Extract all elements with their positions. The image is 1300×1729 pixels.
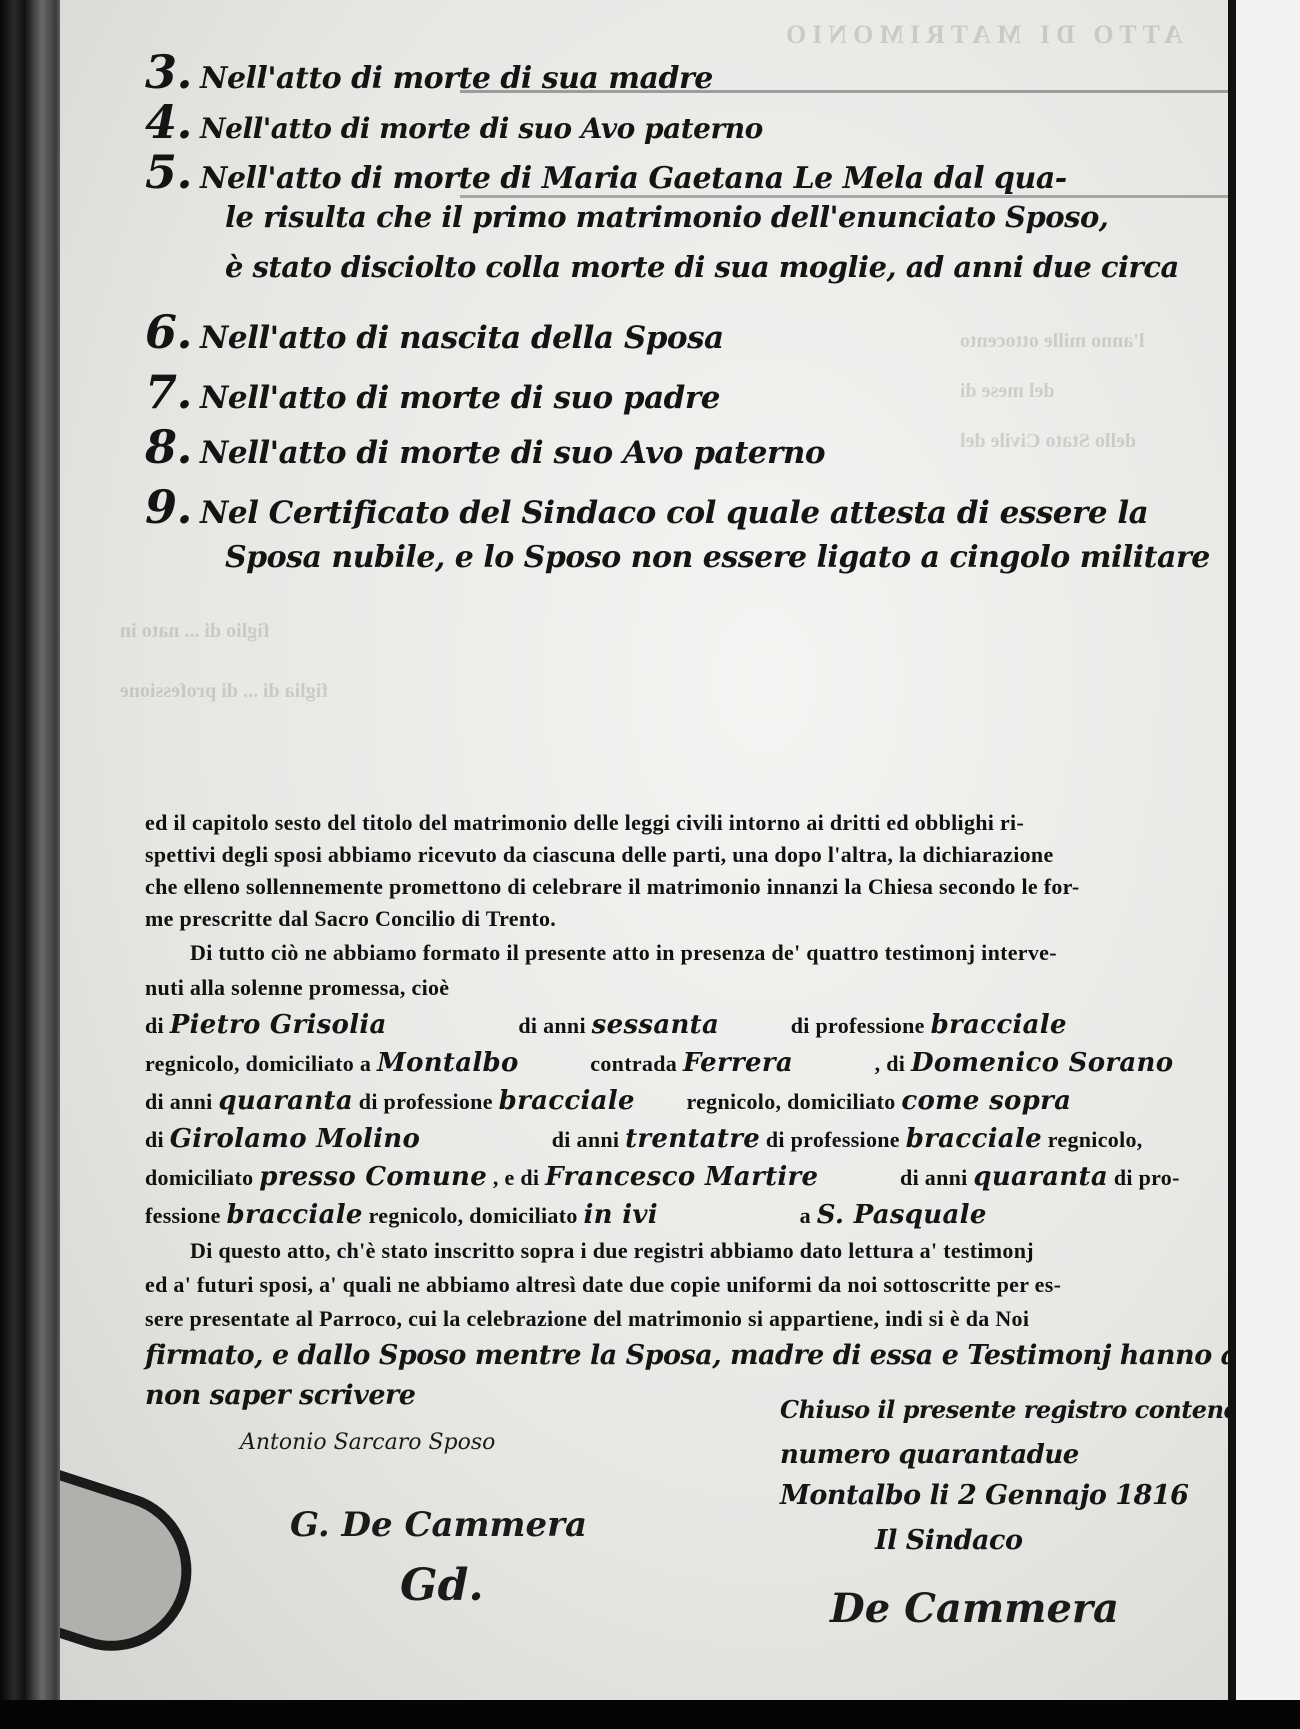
printed-line: Di tutto ciò ne abbiamo formato il prese… [190, 940, 1057, 966]
printed-line: nuti alla solenne promessa, cioè [145, 975, 449, 1001]
handwritten-item-3: 3.Nell'atto di morte di sua madre [145, 45, 713, 99]
handwritten-item-8: 8.Nell'atto di morte di suo Avo paterno [145, 420, 825, 474]
officer-signature: G. De Cammera [290, 1505, 587, 1545]
closing-note-line-1: Chiuso il presente registro contenente [780, 1395, 1235, 1424]
handwritten-item-5-cont-2: è stato disciolto colla morte di sua mog… [225, 250, 1179, 284]
spouse-signature: Antonio Sarcaro Sposo [240, 1430, 495, 1455]
witness-line-2: regnicolo, domiciliato a Montalbo contra… [145, 1048, 1173, 1078]
bleed-through-block: figlia di ... di professione [120, 680, 328, 703]
closing-note-line-4: Il Sindaco [875, 1525, 1023, 1556]
printed-line: ed a' futuri sposi, a' quali ne abbiamo … [145, 1272, 1061, 1298]
witness-name: Girolamo Molino [170, 1124, 420, 1154]
handwritten-item-9: 9.Nel Certificato del Sindaco col quale … [145, 480, 1148, 534]
witness-name: Domenico Sorano [911, 1048, 1173, 1078]
printed-line: sere presentate al Parroco, cui la celeb… [145, 1306, 1029, 1332]
bleed-through-block: l'anno mille ottocento [960, 330, 1144, 353]
witness-line-5: domiciliato presso Comune , e di Frances… [145, 1162, 1180, 1192]
witness-line-4: di Girolamo Molino di anni trentatre di … [145, 1124, 1143, 1154]
closing-note-line-2: numero quarantadue [780, 1440, 1079, 1470]
page-edge [1228, 0, 1236, 1700]
bleed-through-block: dello Stato Civile del [960, 430, 1136, 453]
bleed-through-block: del mese di [960, 380, 1054, 403]
bleed-through-header: ATTO DI MATRIMONIO [780, 20, 1183, 50]
sindaco-signature: De Cammera [830, 1585, 1119, 1632]
witness-name: Francesco Martire [545, 1162, 818, 1192]
witness-name: Pietro Grisolia [170, 1010, 387, 1040]
handwritten-closing-line-2: non saper scrivere [145, 1380, 415, 1411]
printed-line: me prescritte dal Sacro Concilio di Tren… [145, 906, 556, 932]
officer-flourish: Gd. [400, 1560, 484, 1611]
printed-line: ed il capitolo sesto del titolo del matr… [145, 810, 1024, 836]
scan-margin [1236, 0, 1300, 1700]
witness-line-3: di anni quaranta di professione braccial… [145, 1086, 1071, 1116]
handwritten-item-5: 5.Nell'atto di morte di Maria Gaetana Le… [145, 145, 1067, 199]
printed-line: che elleno sollennemente promettono di c… [145, 874, 1080, 900]
register-page: ATTO DI MATRIMONIO l'anno mille ottocent… [60, 0, 1235, 1700]
handwritten-item-9-cont: Sposa nubile, e lo Sposo non essere liga… [225, 540, 1210, 575]
handwritten-closing-line-1: firmato, e dallo Sposo mentre la Sposa, … [145, 1340, 1235, 1371]
witness-line-1: di Pietro Grisolia di anni sessanta di p… [145, 1010, 1067, 1040]
handwritten-item-7: 7.Nell'atto di morte di suo padre [145, 365, 720, 419]
scan-bottom-edge [0, 1700, 1300, 1729]
handwritten-item-4: 4.Nell'atto di morte di suo Avo paterno [145, 95, 763, 149]
bleed-through-block: figlio di ... nato in [120, 620, 269, 643]
handwritten-item-5-cont-1: le risulta che il primo matrimonio dell'… [225, 200, 1108, 234]
closing-note-line-3: Montalbo li 2 Gennajo 1816 [780, 1480, 1188, 1511]
witness-line-6: fessione bracciale regnicolo, domiciliat… [145, 1200, 987, 1230]
handwritten-item-6: 6.Nell'atto di nascita della Sposa [145, 305, 724, 359]
printed-line: Di questo atto, ch'è stato inscritto sop… [190, 1238, 1034, 1264]
bookmark-tab [60, 1470, 212, 1672]
printed-line: spettivi degli sposi abbiamo ricevuto da… [145, 842, 1054, 868]
